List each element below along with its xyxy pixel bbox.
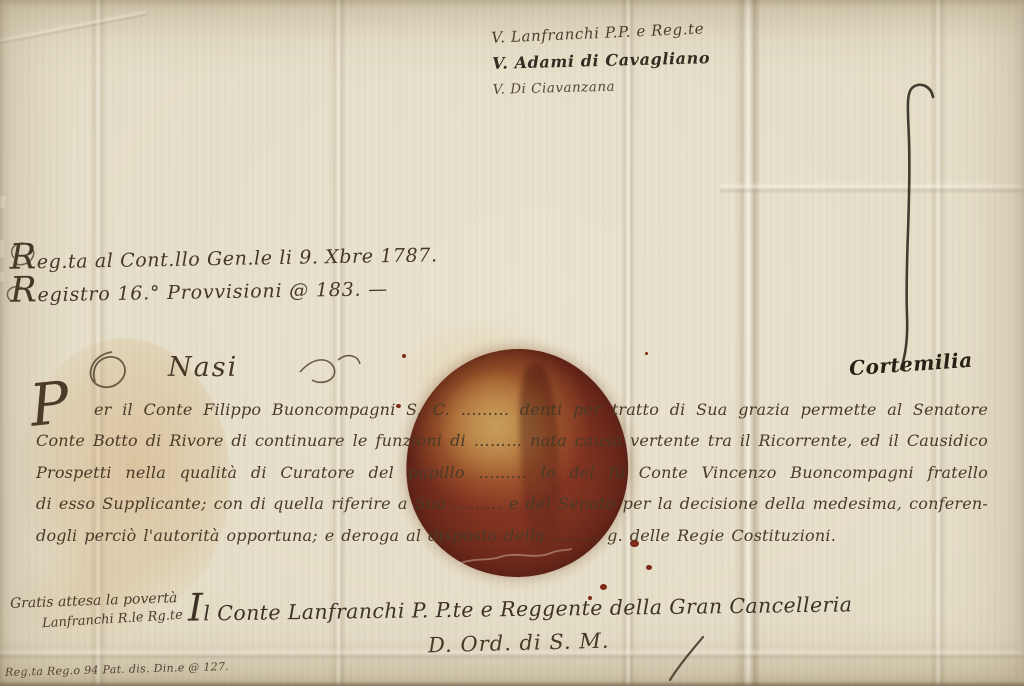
fold-crease-vertical-4	[735, 0, 761, 686]
wax-droplet-2	[646, 565, 652, 570]
paper-edge-bottom	[0, 681, 1024, 686]
endorsement-adami: V. Adami di Cavagliano	[492, 48, 711, 73]
fold-crease-vertical-2	[330, 0, 346, 686]
body-line-4: di esso Supplicante; con di quella rifer…	[36, 488, 988, 519]
wax-droplet-5	[402, 354, 406, 358]
fold-crease-vertical-3	[620, 0, 636, 686]
manuscript-page: V. Lanfranchi P.P. e Reg.te V. Adami di …	[0, 0, 1024, 686]
body-line-5: dogli perciò l'autorità opportuna; e der…	[36, 520, 836, 551]
wax-droplet-7	[645, 352, 648, 355]
body-line-2: Conte Botto di Rivore di continuare le f…	[36, 425, 988, 456]
wax-droplet-3	[600, 584, 607, 590]
body-text: er il Conte Filippo Buoncompagni S. C. ……	[36, 394, 988, 551]
heading-name: Nasi	[168, 352, 238, 383]
top-endorsements: V. Lanfranchi P.P. e Reg.te V. Adami di …	[491, 21, 711, 98]
edge-tear-2	[0, 240, 4, 257]
registration-note: Reg.ta al Cont.llo Gen.le li 9. Xbre 178…	[10, 244, 439, 306]
body-line-1: er il Conte Filippo Buoncompagni S. C. ……	[36, 394, 988, 425]
royal-order-line: D. Ord. di S. M.	[428, 629, 610, 658]
paper-edge-right	[1017, 0, 1024, 686]
body-line-3: Prospetti nella qualità di Curatore del …	[36, 457, 988, 488]
fold-crease-horizontal-right	[720, 182, 1024, 194]
fold-crease-vertical-5	[930, 0, 946, 686]
